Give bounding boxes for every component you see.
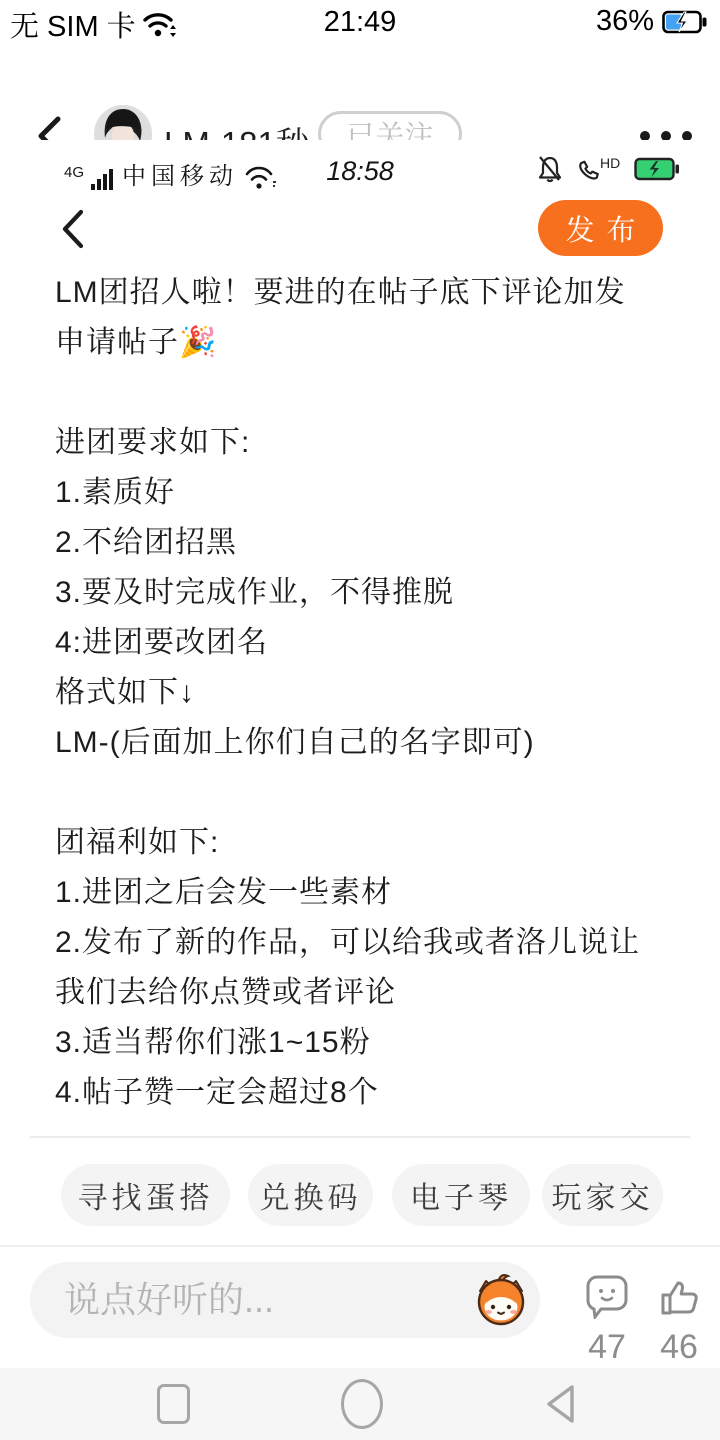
post-text-line: 4.帖子赞一定会超过8个 (55, 1068, 670, 1118)
post-body-text: LM团招人啦！要进的在帖子底下评论加发 申请帖子🎉 进团要求如下: 1.素质好 … (55, 268, 670, 1118)
post-text-line: LM团招人啦！要进的在帖子底下评论加发 (55, 268, 670, 318)
tag-pill[interactable]: 玩家交 (542, 1164, 663, 1226)
tag-pill[interactable]: 兑换码 (248, 1164, 373, 1226)
app-header: LM-181秒. 已关注 (0, 50, 720, 116)
post-text-line: 团福利如下: (55, 818, 670, 868)
android-nav-bar (0, 1368, 720, 1440)
comment-bar: 47 46 (0, 1247, 720, 1368)
post-text-line: 1.素质好 (55, 468, 670, 518)
comment-input[interactable] (30, 1262, 540, 1338)
post-text-line: 格式如下↓ (55, 668, 670, 718)
publish-button: 发布 (538, 200, 663, 256)
inner-battery-icon (634, 155, 680, 183)
post-text-line: 4:进团要改团名 (55, 618, 670, 668)
battery-charging-icon (662, 9, 708, 35)
post-text-line: 2.不给团招黑 (55, 518, 670, 568)
post-text-line: 1.进团之后会发一些素材 (55, 868, 670, 918)
comment-count: 47 (577, 1328, 637, 1367)
home-button[interactable] (341, 1379, 383, 1429)
post-text-line: 申请帖子🎉 (55, 318, 670, 368)
tag-pill[interactable]: 电子琴 (392, 1164, 530, 1226)
post-text-line: 我们去给你点赞或者评论 (55, 968, 670, 1018)
battery-percent: 36% (596, 5, 654, 38)
post-text-line (55, 368, 670, 418)
screen: 无 SIM 卡 21:49 36% (0, 0, 720, 1440)
post-screenshot-image[interactable]: 4G 中国移动 (30, 140, 690, 1138)
post-text-line: 2.发布了新的作品，可以给我或者洛儿说让 (55, 918, 670, 968)
post-text-line: 3.适当帮你们涨1~15粉 (55, 1018, 670, 1068)
post-text-line: 进团要求如下: (55, 418, 670, 468)
tag-pill[interactable]: 寻找蛋搭 (61, 1164, 230, 1226)
inner-status-bar: 4G 中国移动 (30, 154, 690, 190)
post-text-line (55, 768, 670, 818)
comment-count-button[interactable]: 47 (577, 1275, 637, 1367)
hd-call-icon: HD (576, 154, 622, 184)
post-text-line: 3.要及时完成作业，不得推脱 (55, 568, 670, 618)
post-bottom-divider (30, 1136, 690, 1138)
hd-label: HD (600, 155, 620, 171)
inner-back-chevron-icon (60, 208, 86, 252)
like-count: 46 (649, 1328, 709, 1367)
thumbs-up-icon (657, 1275, 701, 1319)
recents-button[interactable] (157, 1384, 190, 1424)
nav-back-button[interactable] (540, 1381, 580, 1427)
post-text-line: LM-(后面加上你们自己的名字即可) (55, 718, 670, 768)
mascot-emoji-icon[interactable] (472, 1271, 530, 1329)
status-bar: 无 SIM 卡 21:49 36% (0, 0, 720, 44)
bell-muted-icon (536, 154, 564, 184)
like-count-button[interactable]: 46 (649, 1275, 709, 1367)
inner-nav-row: 发布 (30, 200, 690, 270)
comment-bubble-icon (585, 1275, 629, 1319)
